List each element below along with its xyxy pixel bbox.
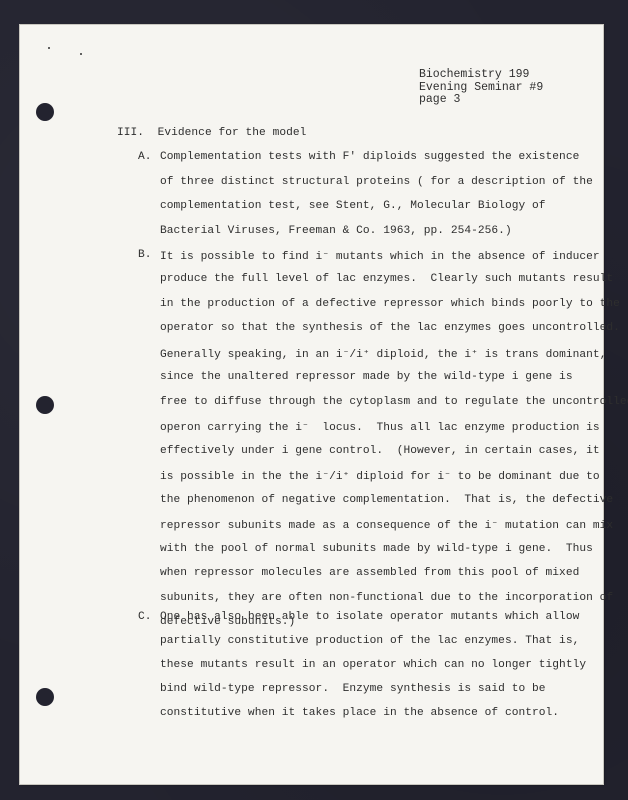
course-title: Biochemistry 199 [419, 69, 543, 82]
item-b-line: repressor subunits made as a consequence… [160, 518, 613, 532]
item-c-line: partially constitutive production of the… [160, 635, 579, 647]
item-b-line: is possible in the the i⁻/i⁺ diploid for… [160, 469, 600, 483]
item-c-line: bind wild-type repressor. Enzyme synthes… [160, 683, 546, 695]
punch-hole-icon [36, 396, 54, 414]
item-b-line: since the unaltered repressor made by th… [160, 371, 573, 383]
item-b-line: Generally speaking, in an i⁻/i⁺ diploid,… [160, 347, 606, 361]
item-a-line: Complementation tests with F' diploids s… [160, 151, 579, 163]
paper-speck [80, 53, 82, 55]
item-c-line: One has also been able to isolate operat… [160, 611, 579, 623]
item-b-line: when repressor molecules are assembled f… [160, 567, 579, 579]
item-a-line: of three distinct structural proteins ( … [160, 176, 593, 188]
item-b-line: operon carrying the i⁻ locus. Thus all l… [160, 420, 600, 434]
item-a-line: Bacterial Viruses, Freeman & Co. 1963, p… [160, 225, 512, 237]
item-b-line: free to diffuse through the cytoplasm an… [160, 396, 628, 408]
paper-speck [48, 47, 50, 49]
item-b-line: in the production of a defective repress… [160, 298, 620, 310]
item-c-line: constitutive when it takes place in the … [160, 707, 559, 719]
item-b-line: produce the full level of lac enzymes. C… [160, 273, 613, 285]
item-label-a: A. [138, 151, 152, 163]
item-label-b: B. [138, 249, 152, 261]
punch-hole-icon [36, 103, 54, 121]
item-label-c: C. [138, 611, 152, 623]
item-b-line: with the pool of normal subunits made by… [160, 543, 593, 555]
item-b-line: subunits, they are often non-functional … [160, 592, 613, 604]
section-heading: III. Evidence for the model [117, 127, 306, 139]
section-title: Evidence for the model [158, 127, 307, 139]
item-a-line: complementation test, see Stent, G., Mol… [160, 200, 546, 212]
page-header: Biochemistry 199 Evening Seminar #9 page… [419, 69, 543, 107]
item-b-line: the phenomenon of negative complementati… [160, 494, 613, 506]
item-b-line: effectively under i gene control. (Howev… [160, 445, 600, 457]
page-number: page 3 [419, 94, 543, 107]
item-c-line: these mutants result in an operator whic… [160, 659, 586, 671]
item-b-line: operator so that the synthesis of the la… [160, 322, 620, 334]
item-b-line: It is possible to find i⁻ mutants which … [160, 249, 600, 263]
section-number: III. [117, 127, 144, 139]
punch-hole-icon [36, 688, 54, 706]
